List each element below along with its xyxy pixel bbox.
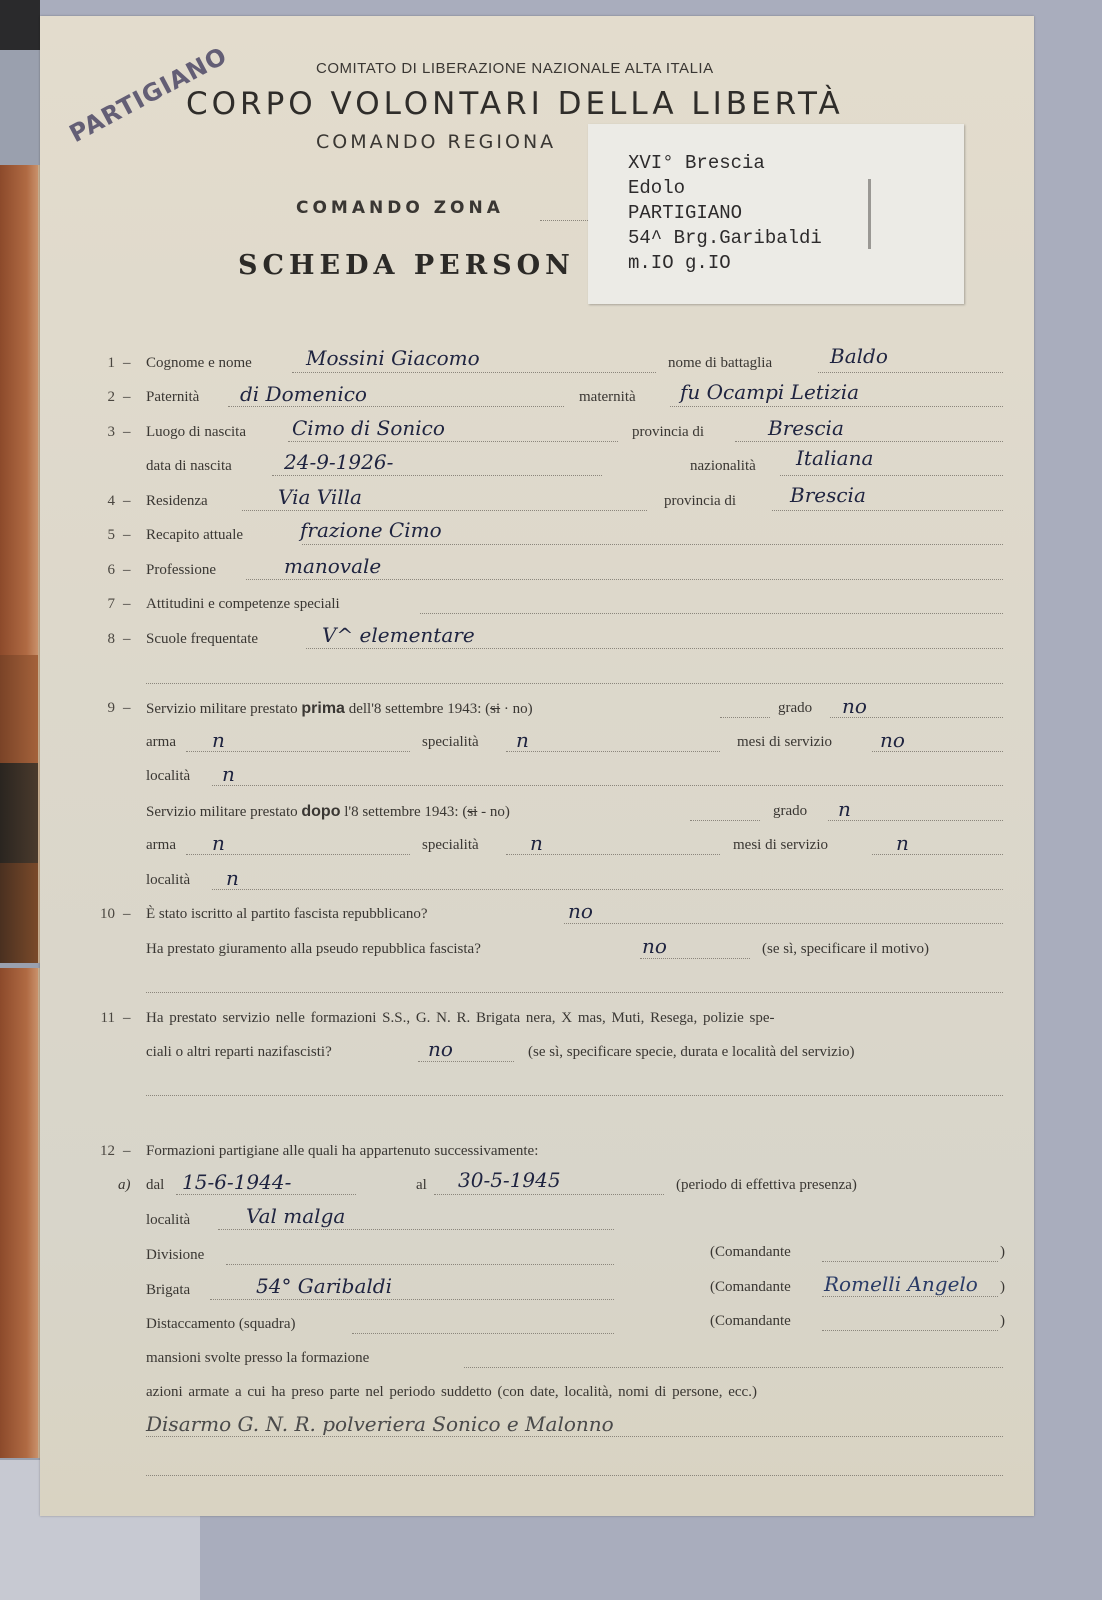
residence-label: Residenza	[146, 493, 208, 510]
brigade-value[interactable]: 54° Garibaldi	[256, 1274, 392, 1298]
paternity-value[interactable]: di Domenico	[240, 382, 367, 406]
fill-line	[210, 1299, 614, 1300]
field-number: 9	[75, 700, 115, 717]
birthplace-value[interactable]: Cimo di Sonico	[292, 416, 445, 440]
birth-province-label: provincia di	[632, 424, 704, 441]
fill-line	[292, 372, 656, 373]
fill-line	[228, 406, 564, 407]
brigade-commander-value[interactable]: Romelli Angelo	[824, 1272, 978, 1296]
fill-line	[690, 820, 760, 821]
pencil-mark-icon	[868, 179, 871, 249]
nazi-service-question-cont: ciali o altri reparti nazifascisti?	[146, 1044, 332, 1061]
background-book-spine	[0, 763, 40, 863]
specialty-label: specialità	[422, 837, 479, 854]
field-number: 10	[75, 906, 115, 923]
special-skills-label: Attitudini e competenze speciali	[146, 596, 340, 613]
arm-label: arma	[146, 734, 176, 751]
residence-value[interactable]: Via Villa	[278, 485, 362, 509]
background-book-spine	[0, 968, 40, 1458]
fill-line	[272, 475, 602, 476]
fill-line	[146, 1095, 1003, 1096]
close-paren: )	[1000, 1279, 1005, 1296]
field-number: 2	[75, 389, 115, 406]
oath-question: Ha prestato giuramento alla pseudo repub…	[146, 941, 481, 958]
current-address-label: Recapito attuale	[146, 527, 243, 544]
profession-label: Professione	[146, 562, 216, 579]
location-after-value[interactable]: n	[226, 866, 239, 890]
committee-heading: COMITATO DI LIBERAZIONE NAZIONALE ALTA I…	[316, 60, 714, 77]
field-number: 5	[75, 527, 115, 544]
formation-location-label: località	[146, 1212, 190, 1229]
label-line: 54^ Brg.Garibaldi	[628, 227, 822, 249]
paternity-label: Paternità	[146, 389, 199, 406]
fill-line	[302, 544, 1003, 545]
schools-label: Scuole frequentate	[146, 631, 258, 648]
fill-line	[146, 1436, 1003, 1437]
armed-actions-value[interactable]: Disarmo G. N. R. polveriera Sonico e Mal…	[146, 1412, 614, 1436]
regional-command-heading: COMANDO REGIONA	[316, 131, 556, 153]
surname-name-value[interactable]: Mossini Giacomo	[306, 346, 480, 370]
fill-line	[146, 683, 1003, 684]
fill-line	[564, 923, 1003, 924]
residence-province-value[interactable]: Brescia	[790, 483, 866, 507]
specialty-value[interactable]: n	[516, 728, 529, 752]
field-number: 7	[75, 596, 115, 613]
si-struck: si	[467, 804, 477, 820]
from-date-value[interactable]: 15-6-1944-	[182, 1170, 291, 1194]
background-book-spine	[0, 863, 40, 963]
nazi-service-question: Ha prestato servizio nelle formazioni S.…	[146, 1010, 775, 1027]
partisan-formations-title: Formazioni partigiane alle quali ha appa…	[146, 1143, 538, 1160]
field-number: 4	[75, 493, 115, 510]
label-line: XVI° Brescia	[628, 152, 765, 174]
military-before-label: Servizio militare prestato prima dell'8 …	[146, 700, 533, 718]
birthdate-value[interactable]: 24-9-1926-	[284, 450, 393, 474]
fill-line	[506, 751, 720, 752]
fill-line	[772, 510, 1003, 511]
duties-field	[464, 1367, 1003, 1368]
item-a-label: a)	[118, 1177, 131, 1194]
armed-actions-label: azioni armate a cui ha preso parte nel p…	[146, 1384, 757, 1401]
maternity-label: maternità	[579, 389, 636, 406]
fill-line	[818, 372, 1003, 373]
surname-name-label: Cognome e nome	[146, 355, 252, 372]
months-label: mesi di servizio	[733, 837, 828, 854]
grade-label: grado	[778, 700, 812, 717]
binding-strip	[0, 0, 40, 50]
brigade-label: Brigata	[146, 1282, 190, 1299]
fill-line	[720, 717, 770, 718]
fill-line	[418, 1061, 514, 1062]
nazi-service-answer[interactable]: no	[428, 1037, 453, 1061]
fill-line	[176, 1194, 356, 1195]
fill-line	[288, 441, 618, 442]
field-number: 8	[75, 631, 115, 648]
fill-line	[146, 992, 1003, 993]
grade-value[interactable]: no	[842, 694, 867, 718]
profession-value[interactable]: manovale	[284, 554, 381, 578]
battle-name-label: nome di battaglia	[668, 355, 772, 372]
fascist-party-question: È stato iscritto al partito fascista rep…	[146, 906, 428, 923]
to-date-value[interactable]: 30-5-1945	[458, 1168, 561, 1192]
birth-province-value[interactable]: Brescia	[768, 416, 844, 440]
label-line: Edolo	[628, 177, 685, 199]
field-number: 3	[75, 424, 115, 441]
formation-location-value[interactable]: Val malga	[246, 1204, 345, 1228]
zone-fill-line	[540, 220, 590, 221]
fill-line	[246, 579, 1003, 580]
maternity-value[interactable]: fu Ocampi Letizia	[680, 380, 859, 404]
fill-line	[306, 648, 1003, 649]
field-number: 12	[75, 1143, 115, 1160]
arm-after-value[interactable]: n	[212, 831, 225, 855]
arm-value[interactable]: n	[212, 728, 225, 752]
label-line: m.IO g.IO	[628, 252, 731, 274]
corps-heading: CORPO VOLONTARI DELLA LIBERTÀ	[186, 86, 844, 122]
field-number: 11	[75, 1010, 115, 1027]
fill-line	[735, 441, 1003, 442]
division-field	[226, 1264, 614, 1265]
location-label: località	[146, 768, 190, 785]
special-skills-field	[420, 613, 1003, 614]
fascist-party-answer[interactable]: no	[568, 899, 593, 923]
detachment-commander-label: (Comandante	[710, 1313, 791, 1330]
nationality-label: nazionalità	[690, 458, 756, 475]
fill-line	[212, 889, 1003, 890]
specialty-label: specialità	[422, 734, 479, 751]
oath-note: (se sì, specificare il motivo)	[762, 941, 929, 958]
oath-answer[interactable]: no	[642, 934, 667, 958]
residence-province-label: provincia di	[664, 493, 736, 510]
fill-line	[212, 785, 1003, 786]
battle-name-value[interactable]: Baldo	[830, 344, 888, 368]
fill-line	[640, 958, 750, 959]
brigade-commander-label: (Comandante	[710, 1279, 791, 1296]
to-label: al	[416, 1177, 427, 1194]
period-note: (periodo di effettiva presenza)	[676, 1177, 857, 1194]
background-book-spine	[0, 655, 40, 763]
fill-line	[242, 510, 647, 511]
detachment-commander-field	[822, 1330, 998, 1331]
military-after-label: Servizio militare prestato dopo l'8 sett…	[146, 803, 510, 821]
nationality-value[interactable]: Italiana	[796, 446, 873, 470]
field-number: 6	[75, 562, 115, 579]
birthplace-label: Luogo di nascita	[146, 424, 246, 441]
fill-line	[146, 1475, 1003, 1476]
location-label: località	[146, 872, 190, 889]
division-commander-field	[822, 1261, 998, 1262]
close-paren: )	[1000, 1244, 1005, 1261]
detachment-label: Distaccamento (squadra)	[146, 1316, 296, 1333]
fill-line	[822, 1296, 998, 1297]
division-commander-label: (Comandante	[710, 1244, 791, 1261]
current-address-value[interactable]: frazione Cimo	[300, 518, 442, 542]
fill-line	[780, 475, 1003, 476]
months-value[interactable]: no	[880, 728, 905, 752]
field-number: 1	[75, 355, 115, 372]
close-paren: )	[1000, 1313, 1005, 1330]
background-book-spine	[0, 165, 40, 655]
fill-line	[434, 1194, 664, 1195]
division-label: Divisione	[146, 1247, 204, 1264]
grade-label: grado	[773, 803, 807, 820]
months-after-value[interactable]: n	[896, 831, 909, 855]
fill-line	[828, 820, 1003, 821]
detachment-field	[352, 1333, 614, 1334]
birthdate-label: data di nascita	[146, 458, 232, 475]
nazi-service-note: (se sì, specificare specie, durata e loc…	[528, 1044, 855, 1061]
duties-label: mansioni svolte presso la formazione	[146, 1350, 369, 1367]
fill-line	[218, 1229, 614, 1230]
specialty-after-value[interactable]: n	[530, 831, 543, 855]
grade-after-value[interactable]: n	[838, 797, 851, 821]
fill-line	[670, 406, 1003, 407]
pasted-typed-label: XVI° Brescia Edolo PARTIGIANO 54^ Brg.Ga…	[588, 124, 964, 304]
label-line: PARTIGIANO	[628, 202, 742, 224]
arm-label: arma	[146, 837, 176, 854]
si-struck: si	[490, 701, 500, 717]
zone-command-heading: COMANDO ZONA	[296, 198, 504, 218]
fill-line	[872, 854, 1003, 855]
location-value[interactable]: n	[222, 762, 235, 786]
months-label: mesi di servizio	[737, 734, 832, 751]
form-title: SCHEDA PERSON	[238, 250, 575, 281]
from-label: dal	[146, 1177, 164, 1194]
schools-value[interactable]: V^ elementare	[322, 623, 475, 647]
